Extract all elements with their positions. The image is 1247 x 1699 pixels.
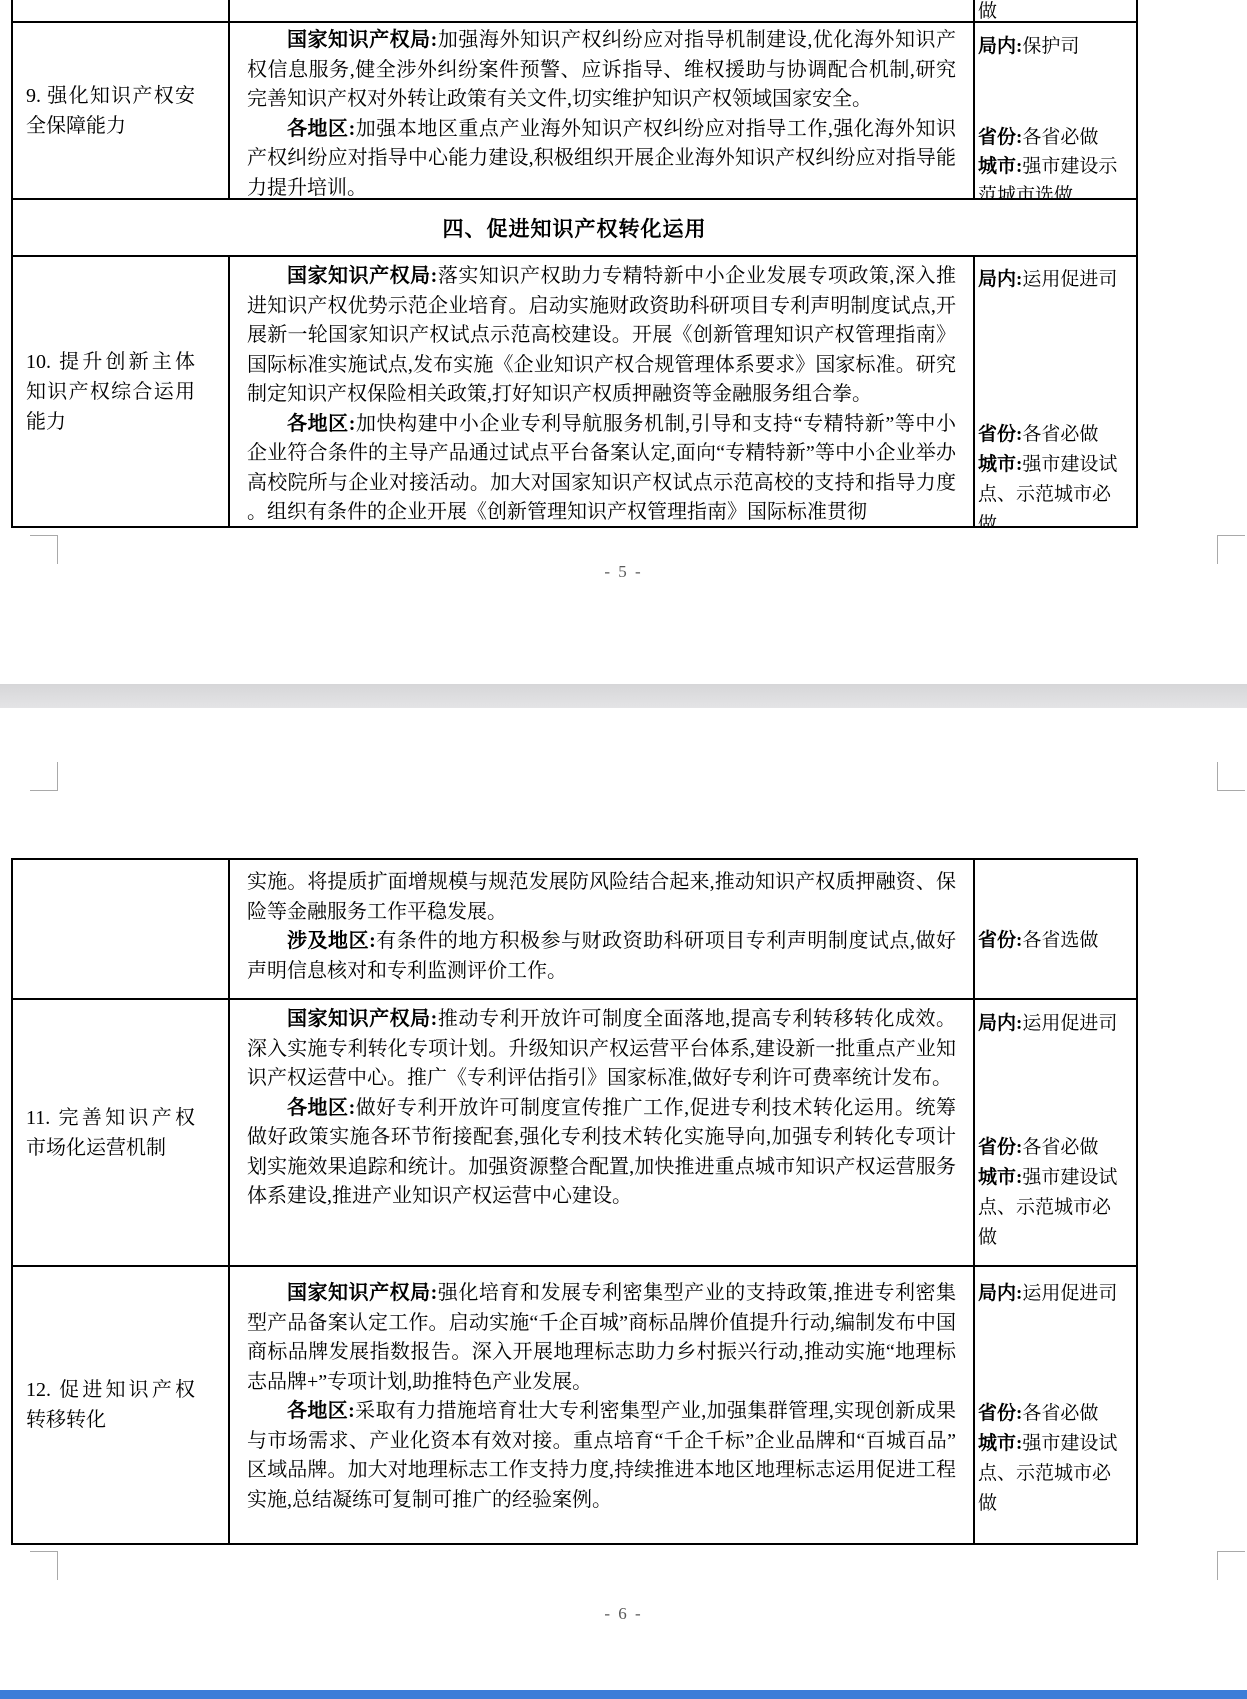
bureau-value: 运用促进司 (1022, 1283, 1117, 1304)
province-city-block: 省份:各省必做 城市:强市建设试点、示范城市必做 (978, 1399, 1129, 1519)
task-cell: 国家知识产权局:强化培育和发展专利密集型产业的支持政策,推进专利密集型产品备案认… (228, 1267, 973, 1543)
bureau-value: 运用促进司 (1022, 1013, 1117, 1034)
province-city-block: 省份:各省必做 城市:强市建设示范城市选做 (978, 123, 1129, 198)
regions-label: 各地区: (287, 118, 355, 140)
agency-paragraph: 国家知识产权局:强化培育和发展专利密集型产业的支持政策,推进专利密集型产品备案认… (247, 1279, 956, 1397)
page5-task-table: 做 9. 强化知识产权安全保障能力 国家知识产权局:加强海外知识产权纠纷应对指导… (11, 0, 1138, 528)
regions-label: 各地区: (287, 1097, 355, 1119)
item-cell: 10. 提升创新主体知识产权综合运用能力 (13, 257, 228, 526)
province-label: 省份: (978, 930, 1022, 951)
item-title: 11. 完善知识产权市场化运营机制 (26, 1103, 195, 1163)
margin-corner-mark (30, 1551, 58, 1580)
agency-label: 国家知识产权局: (287, 265, 437, 287)
agency-label: 国家知识产权局: (287, 1008, 437, 1030)
task-cell: 国家知识产权局:落实知识产权助力专精特新中小企业发展专项政策,深入推进知识产权优… (228, 257, 973, 526)
carryover-text: 做 (978, 0, 1129, 21)
city-label: 城市: (978, 1433, 1022, 1454)
province-value: 各省必做 (1022, 127, 1098, 148)
bureau-block: 局内:保护司 (978, 32, 1129, 61)
continued-paragraph: 实施。将提质扩面增规模与规范发展防风险结合起来,推动知识产权质押融资、保险等金融… (247, 868, 956, 927)
table-row-item10: 10. 提升创新主体知识产权综合运用能力 国家知识产权局:落实知识产权助力专精特… (13, 257, 1136, 528)
responsibility-cell: 局内:运用促进司 省份:各省必做 城市:强市建设试点、示范城市必做 (973, 1267, 1132, 1543)
province-city-block: 省份:各省必做 城市:强市建设试点、示范城市必做 (978, 420, 1129, 526)
involved-label: 涉及地区: (287, 930, 376, 952)
task-cell: 国家知识产权局:推动专利开放许可制度全面落地,提高专利转移转化成效。深入实施专利… (228, 1000, 973, 1265)
page-number-6: - 6 - (0, 1604, 1247, 1624)
margin-corner-mark (1217, 1551, 1245, 1580)
section-header-row: 四、促进知识产权转化运用 (13, 200, 1136, 257)
bureau-value: 保护司 (1022, 36, 1079, 57)
responsibility-cell: 做 (973, 0, 1132, 21)
province-value: 各省必做 (1022, 1137, 1098, 1158)
agency-paragraph: 国家知识产权局:推动专利开放许可制度全面落地,提高专利转移转化成效。深入实施专利… (247, 1005, 956, 1094)
bureau-label: 局内: (978, 36, 1022, 57)
task-cell-empty (228, 0, 973, 21)
bureau-block: 局内:运用促进司 (978, 1279, 1129, 1308)
margin-corner-mark (30, 535, 58, 564)
agency-paragraph: 国家知识产权局:落实知识产权助力专精特新中小企业发展专项政策,深入推进知识产权优… (247, 262, 956, 410)
responsibility-cell: 省份:各省选做 (973, 860, 1132, 998)
regions-label: 各地区: (287, 1400, 355, 1422)
item-title: 9. 强化知识产权安全保障能力 (26, 81, 195, 141)
page-separator (0, 684, 1247, 708)
responsibility-cell: 局内:运用促进司 省份:各省必做 城市:强市建设试点、示范城市必做 (973, 1000, 1132, 1265)
city-label: 城市: (978, 1167, 1022, 1188)
bureau-label: 局内: (978, 269, 1022, 290)
margin-corner-mark (1217, 762, 1245, 791)
table-row-item12: 12. 促进知识产权转移转化 国家知识产权局:强化培育和发展专利密集型产业的支持… (13, 1267, 1136, 1545)
agency-label: 国家知识产权局: (287, 1282, 437, 1304)
province-label: 省份: (978, 1137, 1022, 1158)
responsibility-cell: 局内:运用促进司 省份:各省必做 城市:强市建设试点、示范城市必做 (973, 257, 1132, 526)
regions-label: 各地区: (287, 413, 355, 435)
province-block: 省份:各省选做 (978, 926, 1129, 955)
involved-paragraph: 涉及地区:有条件的地方积极参与财政资助科研项目专利声明制度试点,做好声明信息核对… (247, 927, 956, 986)
item-cell: 9. 强化知识产权安全保障能力 (13, 23, 228, 198)
task-cell: 实施。将提质扩面增规模与规范发展防风险结合起来,推动知识产权质押融资、保险等金融… (228, 860, 973, 998)
regions-paragraph: 各地区:加快构建中小企业专利导航服务机制,引导和支持“专精特新”等中小企业符合条… (247, 410, 956, 527)
bureau-block: 局内:运用促进司 (978, 1009, 1129, 1038)
province-city-block: 省份:各省必做 城市:强市建设试点、示范城市必做 (978, 1133, 1129, 1253)
item-cell-empty (13, 0, 228, 21)
item-cell: 11. 完善知识产权市场化运营机制 (13, 1000, 228, 1265)
item-cell-empty (13, 860, 228, 998)
task-cell: 国家知识产权局:加强海外知识产权纠纷应对指导机制建设,优化海外知识产权信息服务,… (228, 23, 973, 198)
bottom-blue-bar (0, 1690, 1247, 1699)
province-value: 各省选做 (1022, 930, 1098, 951)
item-title: 10. 提升创新主体知识产权综合运用能力 (26, 347, 195, 437)
regions-paragraph: 各地区:做好专利开放许可制度宣传推广工作,促进专利技术转化运用。统筹做好政策实施… (247, 1094, 956, 1212)
section-title: 四、促进知识产权转化运用 (443, 213, 707, 243)
table-row-item9: 9. 强化知识产权安全保障能力 国家知识产权局:加强海外知识产权纠纷应对指导机制… (13, 23, 1136, 200)
province-value: 各省必做 (1022, 424, 1098, 445)
bureau-value: 运用促进司 (1022, 269, 1117, 290)
agency-label: 国家知识产权局: (287, 29, 437, 51)
responsibility-cell: 局内:保护司 省份:各省必做 城市:强市建设示范城市选做 (973, 23, 1132, 198)
bureau-block: 局内:运用促进司 (978, 265, 1129, 294)
city-label: 城市: (978, 156, 1022, 177)
province-label: 省份: (978, 424, 1022, 445)
bureau-label: 局内: (978, 1283, 1022, 1304)
item-cell: 12. 促进知识产权转移转化 (13, 1267, 228, 1543)
regions-paragraph: 各地区:采取有力措施培育壮大专利密集型产业,加强集群管理,实现创新成果与市场需求… (247, 1397, 956, 1515)
margin-corner-mark (1217, 535, 1245, 564)
table-row-carryover: 做 (13, 0, 1136, 23)
agency-paragraph: 国家知识产权局:加强海外知识产权纠纷应对指导机制建设,优化海外知识产权信息服务,… (247, 26, 956, 115)
page6-task-table: 实施。将提质扩面增规模与规范发展防风险结合起来,推动知识产权质押融资、保险等金融… (11, 858, 1138, 1545)
regions-paragraph: 各地区:加强本地区重点产业海外知识产权纠纷应对指导工作,强化海外知识产权纠纷应对… (247, 115, 956, 199)
city-label: 城市: (978, 454, 1022, 475)
bureau-label: 局内: (978, 1013, 1022, 1034)
table-row-item10-continued: 实施。将提质扩面增规模与规范发展防风险结合起来,推动知识产权质押融资、保险等金融… (13, 860, 1136, 1000)
province-value: 各省必做 (1022, 1403, 1098, 1424)
page-number-5: - 5 - (0, 562, 1247, 582)
item-title: 12. 促进知识产权转移转化 (26, 1375, 195, 1435)
province-label: 省份: (978, 127, 1022, 148)
document-viewer: { "colors": { "page_separator": "#dadadc… (0, 0, 1247, 1699)
table-row-item11: 11. 完善知识产权市场化运营机制 国家知识产权局:推动专利开放许可制度全面落地… (13, 1000, 1136, 1267)
province-label: 省份: (978, 1403, 1022, 1424)
margin-corner-mark (30, 762, 58, 791)
